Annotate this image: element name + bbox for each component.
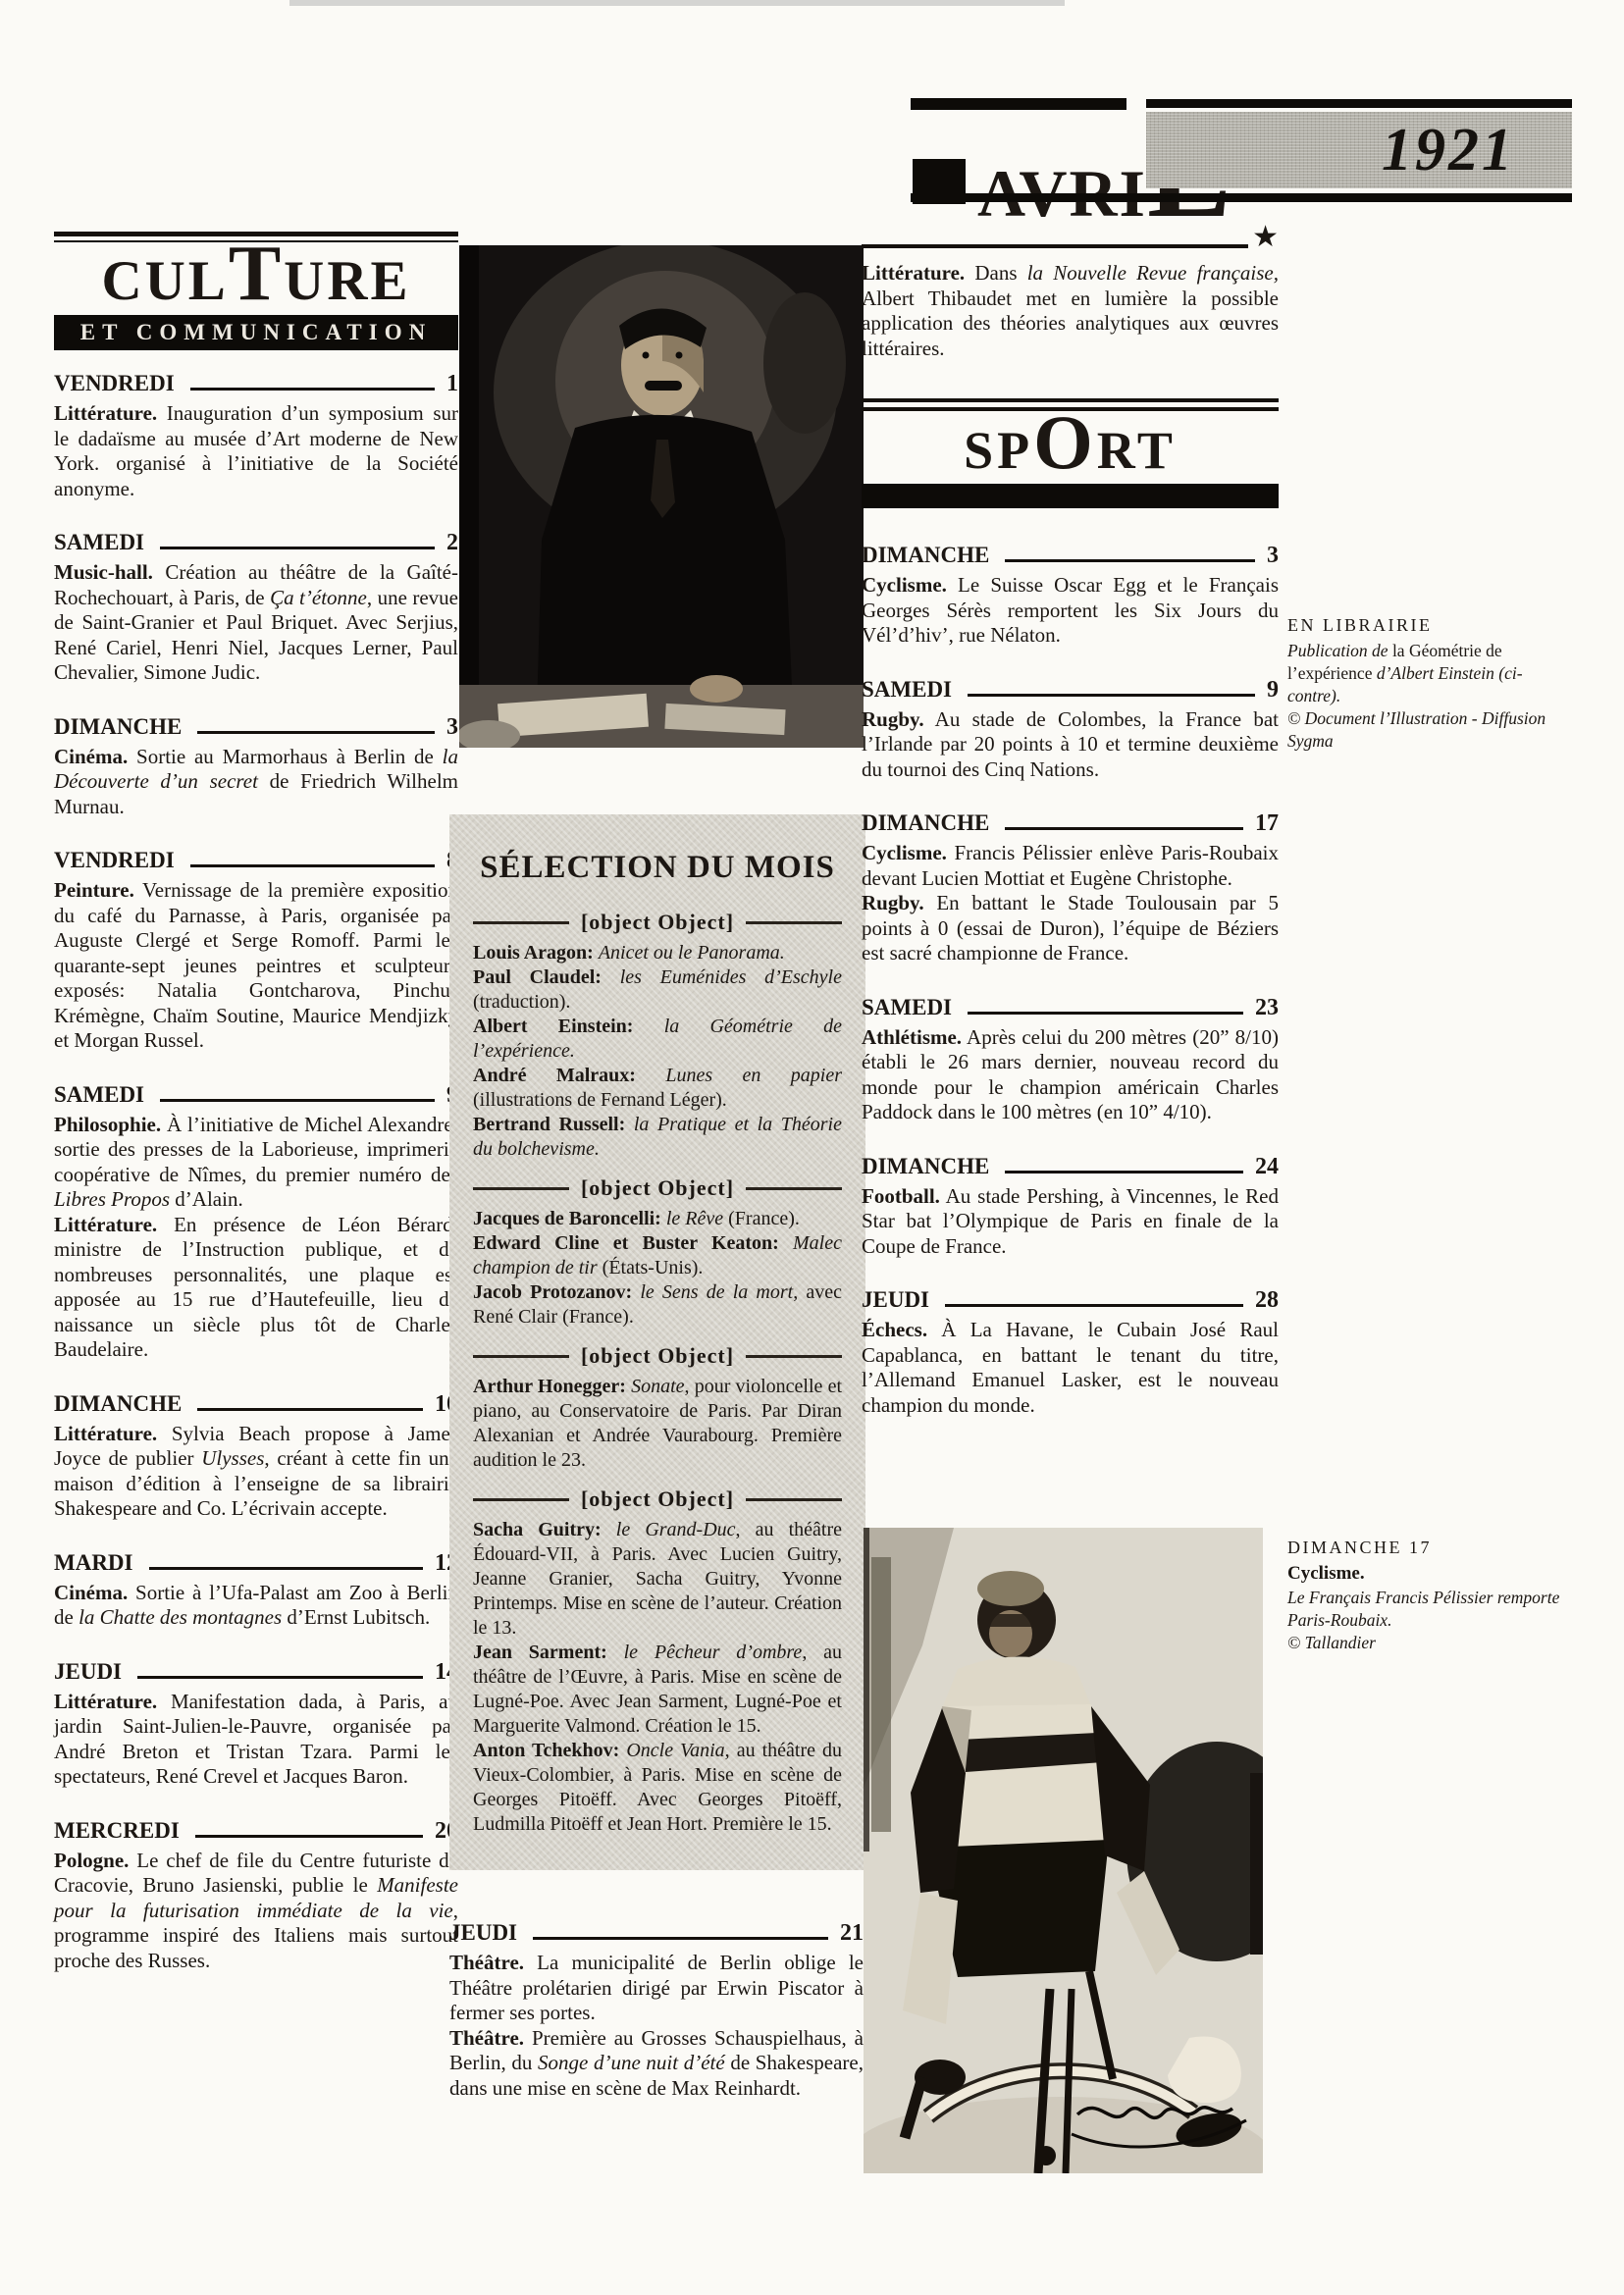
sport-entries: DIMANCHE 3 Cyclisme. Le Suisse Oscar Egg… (862, 542, 1279, 1418)
text-segment: Anicet ou le Panorama. (599, 942, 785, 964)
photo-caption: DIMANCHE 17 Cyclisme. Le Français Franci… (1287, 1537, 1574, 1654)
sport-black-bar (862, 484, 1279, 508)
entry-rule (190, 388, 435, 391)
calendar-entry: SAMEDI 9 Philosophie. À l’initiative de … (54, 1081, 458, 1363)
star-rule-line (862, 244, 1248, 248)
text-segment: Bertrand Russell: (473, 1114, 625, 1135)
culture-header: CULTURE ET COMMUNICATION (54, 232, 458, 350)
caption-sport: Cyclisme. (1287, 1562, 1574, 1585)
header-underline (911, 193, 1572, 202)
text-segment: Libres Propos (54, 1187, 170, 1211)
section-rule-left (473, 1187, 569, 1190)
entry-body: Music-hall. Création au théâtre de la Ga… (54, 560, 458, 686)
entry-rule (968, 1012, 1243, 1015)
text-segment: Jacques de Baroncelli: (473, 1208, 661, 1229)
text-segment: (France). (723, 1208, 800, 1229)
section-rule-right (746, 1355, 842, 1358)
paragraph: Louis Aragon: Anicet ou le Panorama. (473, 941, 842, 965)
text-segment: Théâtre. (449, 2026, 524, 2050)
entry-day-label: MARDI (54, 1549, 133, 1577)
text-segment: Ça t’étonne (270, 586, 367, 609)
entry-rule (197, 731, 435, 734)
section-rule-left (473, 1498, 569, 1501)
entry-body: Athlétisme. Après celui du 200 mètres (2… (862, 1025, 1279, 1125)
entry-day-label: DIMANCHE (862, 542, 989, 569)
text-segment: Rugby. (862, 707, 924, 731)
section-rule-right (746, 1187, 842, 1190)
calendar-entry: JEUDI 21 Théâtre. La municipalité de Ber… (449, 1919, 864, 2101)
selection-title: SÉLECTION DU MOIS (473, 850, 842, 886)
text-segment: Dans (965, 261, 1027, 285)
selection-section-header: [object Object] (473, 1343, 842, 1369)
text-segment: Oncle Vania (626, 1740, 724, 1761)
entry-rule (190, 864, 435, 867)
text-segment: Cyclisme. (862, 841, 947, 864)
entry-header: SAMEDI 9 (54, 1081, 458, 1109)
section-rule-right (746, 921, 842, 924)
paragraph: Peinture. Vernissage de la première expo… (54, 878, 458, 1054)
text-segment: (illustrations de Fernand Léger). (473, 1089, 727, 1111)
text-segment: Jean Sarment: (473, 1642, 607, 1663)
entry-body: Rugby. Au stade de Colombes, la France b… (862, 707, 1279, 783)
selection-section: [object Object] Arthur Honegger: Sonate,… (473, 1343, 842, 1473)
text-segment: Anton Tchekhov: (473, 1740, 619, 1761)
text-segment (636, 1065, 665, 1086)
calendar-entry: MERCREDI 20 Pologne. Le chef de file du … (54, 1817, 458, 1974)
calendar-entry: SAMEDI 2 Music-hall. Création au théâtre… (54, 529, 458, 686)
sport-header: SPORT (862, 398, 1279, 508)
entry-header: DIMANCHE 3 (54, 713, 458, 741)
paragraph: Littérature. Manifestation dada, à Paris… (54, 1690, 458, 1790)
entry-rule (1005, 827, 1243, 830)
entry-rule (195, 1835, 423, 1838)
caption-body: Le Français Francis Pélissier remporte P… (1287, 1587, 1574, 1654)
paragraph: Théâtre. La municipalité de Berlin oblig… (449, 1951, 864, 2026)
text-segment: Au stade de Colombes, la France bat l’Ir… (862, 707, 1279, 781)
text-segment: Paul Claudel: (473, 966, 602, 988)
entry-day-number: 28 (1255, 1286, 1279, 1314)
entry-header: DIMANCHE 10 (54, 1390, 458, 1418)
text-segment: Athlétisme. (862, 1025, 962, 1049)
calendar-entry: VENDREDI 1 Littérature. Inauguration d’u… (54, 370, 458, 501)
nrf-literature-note: Littérature. Dans la Nouvelle Revue fran… (862, 261, 1279, 361)
text-segment (779, 1232, 793, 1254)
text-segment: Music-hall. (54, 560, 153, 584)
entry-day-number: 24 (1255, 1153, 1279, 1180)
paragraph: Littérature. Sylvia Beach propose à Jame… (54, 1422, 458, 1522)
paragraph: Arthur Honegger: Sonate, pour violoncell… (473, 1375, 842, 1473)
margin-note-en-librairie: EN LIBRAIRIE Publication de la Géométrie… (1287, 614, 1574, 753)
text-segment: Théâtre. (449, 1951, 524, 1974)
middle-bottom-entries: JEUDI 21 Théâtre. La municipalité de Ber… (449, 1919, 864, 2128)
text-segment: (traduction). (473, 991, 570, 1013)
text-segment: Échecs. (862, 1318, 927, 1341)
entry-body: Littérature. Inauguration d’un symposium… (54, 401, 458, 501)
selection-section: [object Object] Sacha Guitry: le Grand-D… (473, 1487, 842, 1837)
selection-section-header: [object Object] (473, 910, 842, 935)
text-segment: Publication de (1287, 641, 1388, 660)
entry-day-label: VENDREDI (54, 370, 175, 397)
entry-day-number: 21 (840, 1919, 864, 1947)
text-segment: le Sens de la mort (640, 1281, 793, 1303)
cyclist-photo (864, 1528, 1263, 2173)
entry-day-label: DIMANCHE (54, 713, 182, 741)
entry-body: Échecs. À La Havane, le Cubain José Raul… (862, 1318, 1279, 1418)
text-segment (607, 1642, 624, 1663)
paragraph: Littérature. En présence de Léon Bérard,… (54, 1213, 458, 1363)
selection-section-title: [object Object] (581, 1343, 734, 1369)
entry-header: SAMEDI 2 (54, 529, 458, 556)
text-segment: Sonate (631, 1376, 684, 1397)
paragraph: Music-hall. Création au théâtre de la Ga… (54, 560, 458, 686)
sport-title: SPORT (862, 413, 1279, 480)
calendar-entry: JEUDI 28 Échecs. À La Havane, le Cubain … (862, 1286, 1279, 1418)
entry-day-label: DIMANCHE (862, 809, 989, 837)
paragraph: Paul Claudel: les Euménides d’Eschyle (t… (473, 965, 842, 1015)
calendar-entry: DIMANCHE 17 Cyclisme. Francis Pélissier … (862, 809, 1279, 966)
selection-section-header: [object Object] (473, 1175, 842, 1201)
paragraph: © Document l’Illustration - Diffusion Sy… (1287, 707, 1574, 753)
entry-day-label: SAMEDI (862, 994, 952, 1021)
selection-section-title: [object Object] (581, 1175, 734, 1201)
text-segment: le Rêve (666, 1208, 723, 1229)
entry-header: DIMANCHE 17 (862, 809, 1279, 837)
calendar-entry: JEUDI 14 Littérature. Manifestation dada… (54, 1658, 458, 1790)
entry-body: Cyclisme. Le Suisse Oscar Egg et le Fran… (862, 573, 1279, 649)
entry-day-number: 17 (1255, 809, 1279, 837)
selection-section-header: [object Object] (473, 1487, 842, 1512)
text-segment: (États-Unis). (598, 1257, 704, 1278)
text-segment: Edward Cline et Buster Keaton: (473, 1232, 779, 1254)
entry-day-number: 3 (446, 713, 458, 741)
calendar-entry: DIMANCHE 10 Littérature. Sylvia Beach pr… (54, 1390, 458, 1522)
entry-rule (533, 1937, 828, 1940)
sport-column: ★ Littérature. Dans la Nouvelle Revue fr… (862, 235, 1279, 1445)
paragraph: © Tallandier (1287, 1632, 1574, 1654)
entry-body: Peinture. Vernissage de la première expo… (54, 878, 458, 1054)
paragraph: Jacob Protozanov: le Sens de la mort, av… (473, 1280, 842, 1330)
entry-body: Cyclisme. Francis Pélissier enlève Paris… (862, 841, 1279, 966)
text-segment: Le Français Francis Pélissier remporte P… (1287, 1588, 1559, 1630)
entry-day-number: 1 (446, 370, 458, 397)
text-segment: Littérature. (54, 1690, 157, 1713)
star-icon: ★ (1252, 233, 1279, 242)
paragraph: Échecs. À La Havane, le Cubain José Raul… (862, 1318, 1279, 1418)
entry-body: Théâtre. La municipalité de Berlin oblig… (449, 1951, 864, 2101)
margin-note-body: Publication de la Géométrie de l’expérie… (1287, 640, 1574, 753)
year-label: 1921 (1382, 116, 1515, 185)
text-segment: Sortie au Marmorhaus à Berlin de (128, 745, 442, 768)
entry-header: MERCREDI 20 (54, 1817, 458, 1845)
paragraph: Pologne. Le chef de file du Centre futur… (54, 1849, 458, 1974)
selection-section-title: [object Object] (581, 1487, 734, 1512)
paragraph: Athlétisme. Après celui du 200 mètres (2… (862, 1025, 1279, 1125)
paragraph: Littérature. Dans la Nouvelle Revue fran… (862, 261, 1279, 361)
entry-day-label: JEUDI (54, 1658, 122, 1686)
text-segment: Jacob Protozanov: (473, 1281, 632, 1303)
culture-subtitle-bar: ET COMMUNICATION (54, 315, 458, 350)
text-segment: le Pêcheur d’ombre (624, 1642, 803, 1663)
text-segment: Albert Einstein: (473, 1016, 633, 1037)
text-segment (633, 1016, 663, 1037)
entry-rule (1005, 559, 1255, 562)
text-segment: la Chatte des montagnes (79, 1605, 282, 1629)
entry-day-label: SAMEDI (54, 1081, 144, 1109)
entry-day-number: 2 (446, 529, 458, 556)
paragraph: Cinéma. Sortie au Marmorhaus à Berlin de… (54, 745, 458, 820)
culture-title-big-letter: T (229, 231, 284, 317)
entry-header: DIMANCHE 3 (862, 542, 1279, 569)
paragraph: Anton Tchekhov: Oncle Vania, au théâtre … (473, 1739, 842, 1837)
paragraph: Bertrand Russell: la Pratique et la Théo… (473, 1113, 842, 1162)
sport-title-part: RT (1097, 421, 1177, 480)
margin-note-title: EN LIBRAIRIE (1287, 614, 1574, 637)
entry-day-label: VENDREDI (54, 847, 175, 874)
paragraph: Le Français Francis Pélissier remporte P… (1287, 1587, 1574, 1632)
entry-body: Pologne. Le chef de file du Centre futur… (54, 1849, 458, 1974)
entry-day-label: SAMEDI (862, 676, 952, 704)
text-segment: Littérature. (862, 261, 965, 285)
text-segment: Littérature. (54, 1422, 157, 1445)
paragraph: Cyclisme. Francis Pélissier enlève Paris… (862, 841, 1279, 891)
entry-day-label: SAMEDI (54, 529, 144, 556)
paragraph: Football. Au stade Pershing, à Vincennes… (862, 1184, 1279, 1260)
entry-rule (160, 547, 435, 549)
entry-header: VENDREDI 8 (54, 847, 458, 874)
culture-title-part: URE (284, 250, 410, 312)
paragraph: Cyclisme. Le Suisse Oscar Egg et le Fran… (862, 573, 1279, 649)
section-rule-left (473, 921, 569, 924)
entry-header: VENDREDI 1 (54, 370, 458, 397)
selection-du-mois-box: SÉLECTION DU MOIS [object Object] Louis … (449, 814, 865, 1870)
culture-title: CULTURE (54, 243, 458, 312)
text-segment: Louis Aragon: (473, 942, 594, 964)
entry-header: JEUDI 28 (862, 1286, 1279, 1314)
entry-body: Littérature. Manifestation dada, à Paris… (54, 1690, 458, 1790)
selection-section-items: Jacques de Baroncelli: le Rêve (France).… (473, 1207, 842, 1330)
text-segment: Pologne. (54, 1849, 129, 1872)
text-segment: André Malraux: (473, 1065, 636, 1086)
entry-day-number: 9 (1267, 676, 1279, 704)
cyclist-illustration (864, 1528, 1263, 2173)
selection-section-title: [object Object] (581, 910, 734, 935)
paragraph: Théâtre. Première au Grosses Schauspielh… (449, 2026, 864, 2102)
entry-rule (945, 1304, 1243, 1307)
almanac-page-avril-1921: AVRIL 1921 CULTURE ET COMMUNICATION VEND… (0, 0, 1624, 2295)
paragraph: Publication de la Géométrie de l’expérie… (1287, 640, 1574, 707)
header-rule-left (911, 98, 1126, 110)
culture-title-part: CUL (101, 250, 228, 312)
text-segment: © Tallandier (1287, 1633, 1376, 1652)
einstein-portrait-illustration (459, 245, 864, 748)
entry-header: JEUDI 21 (449, 1919, 864, 1947)
entry-rule (137, 1676, 423, 1679)
text-segment: Cinéma. (54, 1581, 128, 1604)
entry-rule (197, 1408, 423, 1411)
text-segment: Cyclisme. (862, 573, 947, 597)
paragraph: Edward Cline et Buster Keaton: Malec cha… (473, 1231, 842, 1280)
calendar-entry: DIMANCHE 24 Football. Au stade Pershing,… (862, 1153, 1279, 1260)
text-segment: d’Ernst Lubitsch. (282, 1605, 430, 1629)
entry-header: MARDI 12 (54, 1549, 458, 1577)
text-segment: les Euménides d’Eschyle (620, 966, 842, 988)
text-segment: © Document l’Illustration - Diffusion Sy… (1287, 708, 1545, 751)
text-segment: Albert Thibaudet met en lumière la possi… (862, 287, 1279, 360)
calendar-entry: VENDREDI 8 Peinture. Vernissage de la pr… (54, 847, 458, 1054)
entry-body: Cinéma. Sortie au Marmorhaus à Berlin de… (54, 745, 458, 820)
calendar-entry: MARDI 12 Cinéma. Sortie à l’Ufa-Palast a… (54, 1549, 458, 1631)
entry-day-number: 3 (1267, 542, 1279, 569)
text-segment: Philosophie. (54, 1113, 161, 1136)
entry-body: Philosophie. À l’initiative de Michel Al… (54, 1113, 458, 1363)
entry-body: Football. Au stade Pershing, à Vincennes… (862, 1184, 1279, 1260)
entry-body: Littérature. Sylvia Beach propose à Jame… (54, 1422, 458, 1522)
entry-header: SAMEDI 9 (862, 676, 1279, 704)
entry-header: JEUDI 14 (54, 1658, 458, 1686)
text-segment: Ulysses (201, 1446, 264, 1470)
calendar-entry: SAMEDI 9 Rugby. Au stade de Colombes, la… (862, 676, 1279, 783)
text-segment: Arthur Honegger: (473, 1376, 626, 1397)
text-segment (602, 1519, 616, 1540)
entry-day-label: MERCREDI (54, 1817, 180, 1845)
text-segment: Littérature. (54, 401, 157, 425)
calendar-entry: DIMANCHE 3 Cinéma. Sortie au Marmorhaus … (54, 713, 458, 820)
entry-day-label: JEUDI (449, 1919, 517, 1947)
entry-day-number: 23 (1255, 994, 1279, 1021)
year-band: 1921 (1146, 112, 1572, 188)
entry-rule (968, 694, 1255, 697)
text-segment: Littérature. (54, 1213, 157, 1236)
paragraph: Philosophie. À l’initiative de Michel Al… (54, 1113, 458, 1213)
text-segment: Rugby. (862, 891, 924, 914)
scan-artifact-top (289, 0, 1065, 6)
text-segment: En battant le Stade Toulousain par 5 poi… (862, 891, 1279, 965)
sport-title-part: SP (964, 421, 1033, 480)
selection-section: [object Object] Jacques de Baroncelli: l… (473, 1175, 842, 1330)
paragraph: Littérature. Inauguration d’un symposium… (54, 401, 458, 501)
entry-rule (160, 1099, 435, 1102)
selection-section-items: Sacha Guitry: le Grand-Duc, au théâtre É… (473, 1518, 842, 1837)
culture-entries: VENDREDI 1 Littérature. Inauguration d’u… (54, 370, 458, 1973)
text-segment: Cinéma. (54, 745, 128, 768)
paragraph: Jacques de Baroncelli: le Rêve (France). (473, 1207, 842, 1231)
caption-day: DIMANCHE 17 (1287, 1537, 1574, 1559)
text-segment: d’Alain. (170, 1187, 243, 1211)
paragraph: André Malraux: Lunes en papier (illustra… (473, 1064, 842, 1113)
selection-section-items: Arthur Honegger: Sonate, pour violoncell… (473, 1375, 842, 1473)
entry-header: SAMEDI 23 (862, 994, 1279, 1021)
sport-title-big-letter: O (1033, 399, 1097, 485)
paragraph: Sacha Guitry: le Grand-Duc, au théâtre É… (473, 1518, 842, 1641)
calendar-entry: DIMANCHE 3 Cyclisme. Le Suisse Oscar Egg… (862, 542, 1279, 649)
text-segment (602, 966, 620, 988)
entry-body: Cinéma. Sortie à l’Ufa-Palast am Zoo à B… (54, 1581, 458, 1631)
calendar-entry: SAMEDI 23 Athlétisme. Après celui du 200… (862, 994, 1279, 1125)
entry-day-label: DIMANCHE (862, 1153, 989, 1180)
paragraph: Albert Einstein: la Géométrie de l’expér… (473, 1015, 842, 1064)
entry-day-label: JEUDI (862, 1286, 929, 1314)
paragraph: Jean Sarment: le Pêcheur d’ombre, au thé… (473, 1641, 842, 1739)
text-segment: la Nouvelle Revue française, (1027, 261, 1279, 285)
paragraph: Cinéma. Sortie à l’Ufa-Palast am Zoo à B… (54, 1581, 458, 1631)
text-segment: Peinture. (54, 878, 134, 902)
paragraph: Rugby. Au stade de Colombes, la France b… (862, 707, 1279, 783)
einstein-portrait-photo (459, 245, 864, 748)
entry-rule (1005, 1171, 1243, 1174)
text-segment: Songe d’une nuit d’été (538, 2051, 725, 2074)
culture-column: CULTURE ET COMMUNICATION VENDREDI 1 Litt… (54, 232, 458, 2001)
star-rule: ★ (862, 235, 1279, 257)
entry-header: DIMANCHE 24 (862, 1153, 1279, 1180)
text-segment: le Grand-Duc (616, 1519, 736, 1540)
entry-day-label: DIMANCHE (54, 1390, 182, 1418)
section-rule-left (473, 1355, 569, 1358)
selection-section-items: Louis Aragon: Anicet ou le Panorama.Paul… (473, 941, 842, 1162)
selection-section: [object Object] Louis Aragon: Anicet ou … (473, 910, 842, 1162)
text-segment: Vernissage de la première exposition du … (54, 878, 458, 1052)
text-segment: Football. (862, 1184, 940, 1208)
text-segment: Sacha Guitry: (473, 1519, 602, 1540)
text-segment (625, 1114, 634, 1135)
entry-rule (149, 1567, 424, 1570)
paragraph: Rugby. En battant le Stade Toulousain pa… (862, 891, 1279, 966)
selection-sections: [object Object] Louis Aragon: Anicet ou … (473, 910, 842, 1837)
text-segment: Lunes en papier (665, 1065, 842, 1086)
section-rule-right (746, 1498, 842, 1501)
